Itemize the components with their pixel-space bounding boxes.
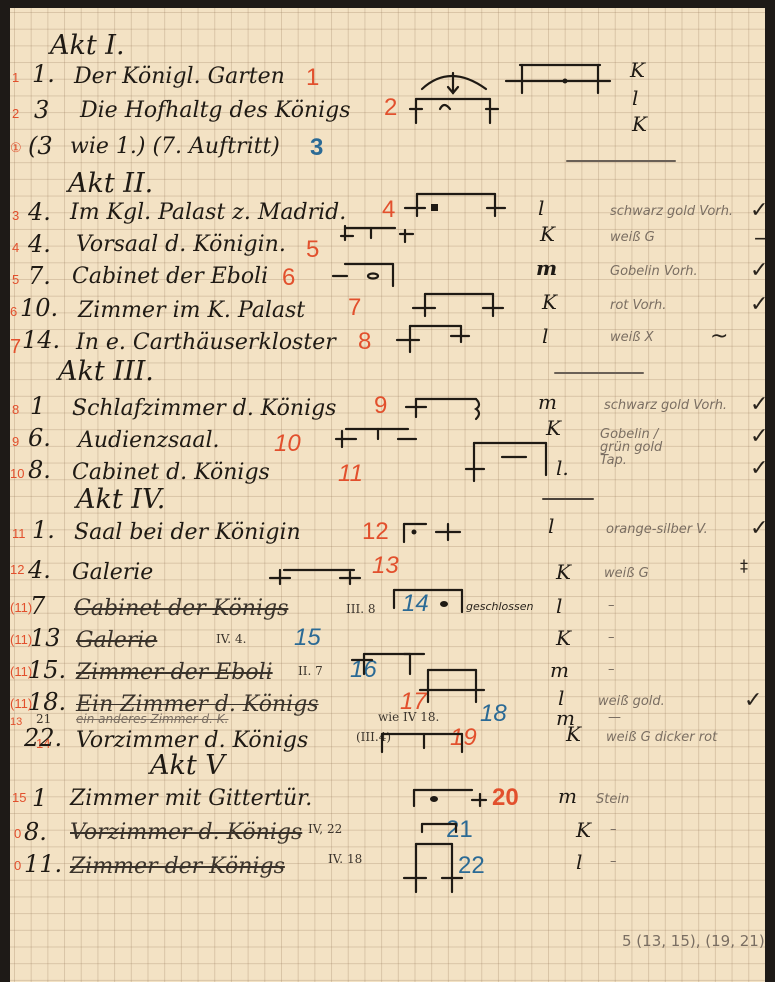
divider (542, 498, 594, 500)
stage-size: K (556, 626, 571, 650)
margin-number: 7 (10, 336, 21, 359)
scene-count: 5 (306, 236, 319, 264)
scene-count: 2 (384, 94, 397, 122)
stage-size: K (630, 58, 645, 82)
scene-count: 8 (358, 328, 371, 356)
scene-title: Cabinet der Königs (74, 596, 288, 621)
scene-title: Saal bei der Königin (74, 520, 301, 545)
scene-number: 8. (24, 818, 47, 846)
margin-number: 2 (12, 106, 19, 121)
scene-title: Zimmer der Königs (70, 854, 285, 879)
scene-number: (3 (28, 132, 53, 160)
stage-size: l (538, 196, 544, 220)
stage-size: K (632, 112, 647, 136)
margin-number: 15 (12, 790, 26, 805)
manuscript-page: Akt I. 1 1. Der Königl. Garten 1 K 2 3 D… (10, 8, 765, 982)
scene-title: Vorsaal d. Königin. (76, 232, 286, 257)
scene-count: 4 (382, 196, 395, 224)
decor-note: Stein (596, 792, 629, 807)
scene-title: wie 1.) (7. Auftritt) (70, 134, 280, 159)
decor-note: schwarz gold Vorh. (604, 398, 727, 413)
stage-size: m (536, 256, 557, 280)
check-mark: — (754, 226, 765, 251)
decor-note: schwarz gold Vorh. (610, 204, 733, 219)
stage-plan-sketch (410, 63, 630, 123)
stage-size: K (542, 290, 557, 314)
act-heading: Akt I. (50, 30, 125, 61)
scene-title: Zimmer mit Gittertür. (70, 786, 312, 811)
scene-number: 8. (28, 456, 51, 484)
scene-count: 10 (274, 430, 301, 458)
scene-title: Vorzimmer d. Königs (70, 820, 302, 845)
stage-size: l (556, 594, 562, 618)
decor-note: orange-silber V. (606, 522, 708, 537)
stage-plan-sketch (376, 786, 496, 906)
scene-count: 15 (294, 624, 321, 652)
check-mark: ✓ (750, 456, 765, 481)
check-mark: ~ (710, 324, 728, 349)
scene-number: 6. (28, 424, 51, 452)
cross-reference: III. 8 (346, 602, 375, 616)
check-mark: ✓ (750, 258, 765, 283)
decor-note: – (610, 854, 617, 869)
stage-size: K (576, 818, 591, 842)
divider (566, 160, 676, 162)
stage-size: m (550, 658, 569, 682)
scene-title: Im Kgl. Palast z. Madrid. (70, 200, 346, 225)
decor-note: rot Vorh. (610, 298, 666, 313)
divider (554, 372, 644, 374)
stage-size: K (540, 222, 555, 246)
scene-number: 1. (32, 60, 55, 88)
check-mark: ‡ (740, 556, 748, 575)
scene-number: 1 (30, 392, 45, 420)
margin-number: 13 (10, 716, 22, 728)
scene-title: Der Königl. Garten (74, 64, 285, 89)
scene-number: 13 (30, 624, 61, 652)
margin-number: 5 (12, 272, 19, 287)
margin-number: 8 (12, 402, 19, 417)
act-heading: Akt II. (68, 168, 153, 199)
margin-number: 9 (12, 434, 19, 449)
stage-size: m (558, 784, 577, 808)
act-heading: Akt III. (58, 356, 154, 387)
scene-title: Die Hofhaltg des Königs (80, 98, 351, 123)
cross-reference: II. 7 (298, 664, 323, 678)
margin-number: (11) (10, 632, 32, 647)
scene-number: 4. (28, 198, 51, 226)
decor-note: Gobelin / grün gold Tap. (600, 428, 680, 467)
scene-title: Galerie (72, 560, 153, 585)
stage-size: l (542, 324, 548, 348)
decor-note: – (608, 630, 615, 645)
scene-number: 11. (24, 850, 62, 878)
stage-plan-sketch (326, 393, 566, 493)
margin-number: 0 (14, 826, 21, 841)
margin-number: (11) (10, 600, 32, 615)
scene-count: 3 (310, 134, 323, 162)
decor-note: weiß G dicker rot (606, 730, 717, 745)
cross-reference: IV. 18 (328, 852, 362, 866)
margin-number: 1 (12, 70, 19, 85)
scene-count: 1 (306, 64, 319, 92)
decor-note: – (608, 662, 615, 677)
stage-size: l (576, 850, 582, 874)
decor-note: weiß G (604, 566, 649, 581)
margin-number: 11 (12, 526, 26, 541)
scene-number: 4. (28, 556, 51, 584)
margin-number: 4 (12, 240, 19, 255)
scene-title: Zimmer der Eboli (76, 660, 273, 685)
stage-size: l (548, 514, 554, 538)
scene-title: Schlafzimmer d. Königs (72, 396, 336, 421)
decor-note: — (608, 710, 621, 725)
scene-title: Audienzsaal. (78, 428, 220, 453)
check-mark: ✓ (750, 292, 765, 317)
scene-title: In e. Carthäuserkloster (76, 330, 336, 355)
scene-number: 14. (22, 326, 60, 354)
decor-note: weiß gold. (598, 694, 665, 709)
decor-note: weiß G (610, 230, 655, 245)
decor-note: – (608, 598, 615, 613)
footer-note: 5 (13, 15), (19, 21) (622, 932, 765, 950)
check-mark: ✓ (744, 688, 762, 713)
scene-number: 1 (32, 784, 47, 812)
scene-title: Cabinet der Eboli (72, 264, 268, 289)
scene-count: 6 (282, 264, 295, 292)
margin-number: 3 (12, 208, 19, 223)
margin-number: 6 (10, 304, 17, 319)
scene-number: 10. (20, 294, 58, 322)
scene-count: 7 (348, 294, 361, 322)
scene-title: Cabinet d. Königs (72, 460, 270, 485)
act-heading: Akt V (150, 750, 225, 781)
stage-size: K (556, 560, 571, 584)
margin-number: ① (10, 140, 22, 156)
scene-title: Zimmer im K. Palast (78, 298, 305, 323)
stage-plan-sketch (380, 518, 490, 758)
cross-reference: IV, 22 (308, 822, 342, 836)
margin-number: 0 (14, 858, 21, 873)
decor-note: Gobelin Vorh. (610, 264, 698, 279)
scene-number: 15. (28, 656, 66, 684)
scene-number: 3 (34, 96, 49, 124)
margin-number: 10 (10, 466, 24, 481)
decor-note: – (610, 822, 617, 837)
scene-count: 20 (492, 784, 519, 812)
stage-size: K (566, 722, 581, 746)
scene-number: 7. (28, 262, 51, 290)
stage-plan-sketch (405, 186, 515, 346)
scene-number: 4. (28, 230, 51, 258)
scene-title: Galerie (76, 628, 157, 653)
scene-title: ein anderes Zimmer d. K. (76, 712, 228, 726)
margin-number: 12 (10, 562, 24, 577)
check-mark: ✓ (750, 516, 765, 541)
cross-reference: IV. 4. (216, 632, 246, 646)
check-mark: ✓ (750, 198, 765, 223)
scene-number: 1. (32, 516, 55, 544)
act-heading: Akt IV. (76, 484, 165, 515)
decor-note: weiß X (610, 330, 653, 345)
check-mark: ✓ (750, 392, 765, 417)
check-mark: ✓ (750, 424, 765, 449)
scene-number: 7 (30, 592, 45, 620)
stage-size: l (632, 86, 638, 110)
scene-number: 22. (24, 724, 62, 752)
